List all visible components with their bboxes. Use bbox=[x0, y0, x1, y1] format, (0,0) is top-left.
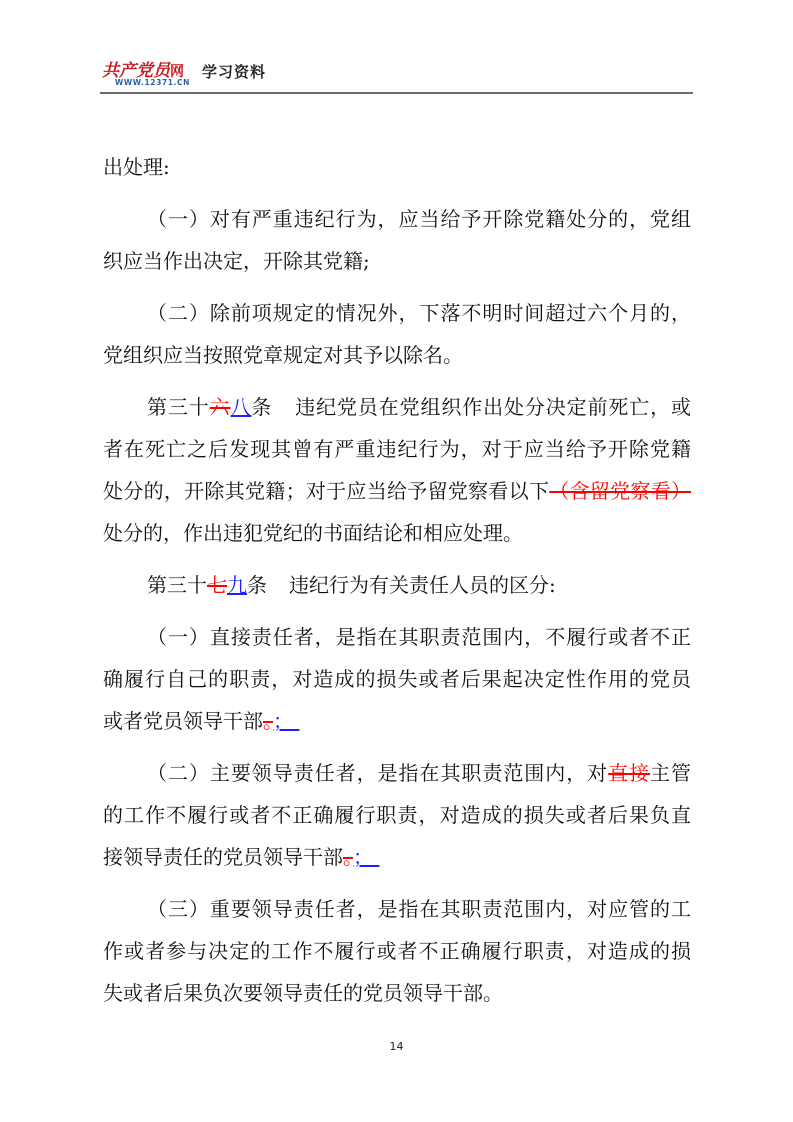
paragraph-line: 织应当作出决定，开除其党籍; bbox=[103, 240, 691, 282]
paragraph-line: 的工作不履行或者不正确履行职责，对造成的损失或者后果负直 bbox=[103, 794, 691, 836]
site-logo: 共产党员网 WWW.12371.CN bbox=[100, 56, 192, 90]
article-prefix: 第三十 bbox=[147, 573, 207, 597]
paragraph-text: （二）主要领导责任者，是指在其职责范围内，对 bbox=[147, 761, 608, 785]
paragraph-text: 处分的，开除其党籍；对于应当给予留党察看以下 bbox=[103, 479, 549, 503]
article-heading-line: 第三十七九条违纪行为有关责任人员的区分: bbox=[103, 564, 691, 606]
paragraph-line: 或者党员领导干部。； bbox=[103, 700, 691, 742]
paragraph-line: 作或者参与决定的工作不履行或者不正确履行职责，对造成的损 bbox=[103, 930, 691, 972]
header-divider bbox=[100, 92, 693, 94]
paragraph-line: 党组织应当按照党章规定对其予以除名。 bbox=[103, 334, 691, 376]
tracked-deletion: 六 bbox=[210, 395, 231, 419]
paragraph-text: 违纪党员在党组织作出处分决定前死亡，或 bbox=[294, 395, 691, 419]
paragraph-line: 者在死亡之后发现其曾有严重违纪行为，对于应当给予开除党籍 bbox=[103, 428, 691, 470]
paragraph-line: 接领导责任的党员领导干部。； bbox=[103, 836, 691, 878]
article-suffix: 条 bbox=[251, 395, 272, 419]
paragraph-line: 处分的，开除其党籍；对于应当给予留党察看以下（含留党察看） bbox=[103, 470, 691, 512]
paragraph-line: 出处理: bbox=[103, 146, 691, 188]
paragraph-text: 接领导责任的党员领导干部 bbox=[103, 845, 343, 869]
paragraph-line: （三）重要领导责任者，是指在其职责范围内，对应管的工 bbox=[103, 888, 691, 930]
paragraph-line: （一）对有严重违纪行为，应当给予开除党籍处分的，党组 bbox=[103, 198, 691, 240]
article-heading-line: 第三十六八条违纪党员在党组织作出处分决定前死亡，或 bbox=[103, 386, 691, 428]
tracked-deletion: 。 bbox=[263, 709, 273, 733]
paragraph-text: 或者党员领导干部 bbox=[103, 709, 263, 733]
document-body: 出处理: （一）对有严重违纪行为，应当给予开除党籍处分的，党组 织应当作出决定，… bbox=[103, 146, 691, 1014]
tracked-insertion: ； bbox=[353, 845, 379, 869]
page-header: 共产党员网 WWW.12371.CN 学习资料 bbox=[100, 52, 693, 94]
page-number: 14 bbox=[0, 1040, 793, 1053]
tracked-insertion: 八 bbox=[231, 395, 252, 419]
article-prefix: 第三十 bbox=[147, 395, 210, 419]
paragraph-line: （一）直接责任者，是指在其职责范围内，不履行或者不正 bbox=[103, 616, 691, 658]
tracked-deletion: 。 bbox=[343, 845, 353, 869]
paragraph-text: 主管 bbox=[650, 761, 691, 785]
tracked-deletion: 直接 bbox=[608, 761, 650, 785]
tracked-deletion: 七 bbox=[207, 573, 227, 597]
paragraph-line: （二）除前项规定的情况外，下落不明时间超过六个月的， bbox=[103, 292, 691, 334]
header-title: 学习资料 bbox=[202, 61, 266, 82]
paragraph-line: （二）主要领导责任者，是指在其职责范围内，对直接主管 bbox=[103, 752, 691, 794]
tracked-deletion: （含留党察看） bbox=[549, 479, 691, 503]
paragraph-line: 失或者后果负次要领导责任的党员领导干部。 bbox=[103, 972, 691, 1014]
tracked-insertion: ； bbox=[273, 709, 299, 733]
paragraph-line: 处分的，作出违犯党纪的书面结论和相应处理。 bbox=[103, 512, 691, 554]
tracked-insertion: 九 bbox=[227, 573, 247, 597]
logo-url: WWW.12371.CN bbox=[115, 78, 190, 87]
paragraph-line: 确履行自己的职责，对造成的损失或者后果起决定性作用的党员 bbox=[103, 658, 691, 700]
article-suffix: 条 bbox=[247, 573, 267, 597]
paragraph-text: 违纪行为有关责任人员的区分: bbox=[289, 573, 556, 597]
